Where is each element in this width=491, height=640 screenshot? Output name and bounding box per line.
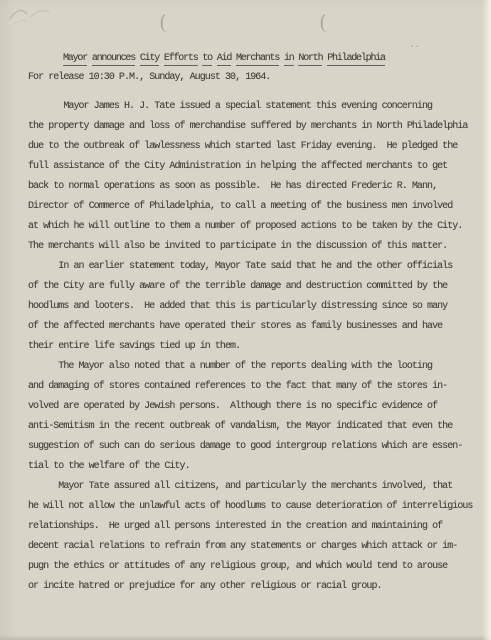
pencil-smudge: [5, 2, 57, 33]
document-title: Mayor announces City Efforts to Aid Merc…: [63, 53, 385, 64]
scan-curve-mark-left: (: [159, 10, 167, 34]
paragraph-4: Mayor Tate assured all citizens, and par…: [28, 477, 473, 597]
scan-speckle: ··: [409, 42, 420, 52]
release-date-line: For release 10:30 P.M., Sunday, August 3…: [28, 72, 270, 83]
document-body: Mayor James H. J. Tate issued a special …: [28, 97, 473, 597]
paragraph-3: The Mayor also noted that a number of th…: [28, 357, 473, 477]
paragraph-1: Mayor James H. J. Tate issued a special …: [28, 97, 473, 257]
document-page: ( ( ·· Mayor announces City Efforts to A…: [0, 0, 491, 640]
scan-curve-mark-right: (: [319, 10, 327, 34]
paragraph-2: In an earlier statement today, Mayor Tat…: [28, 257, 473, 357]
